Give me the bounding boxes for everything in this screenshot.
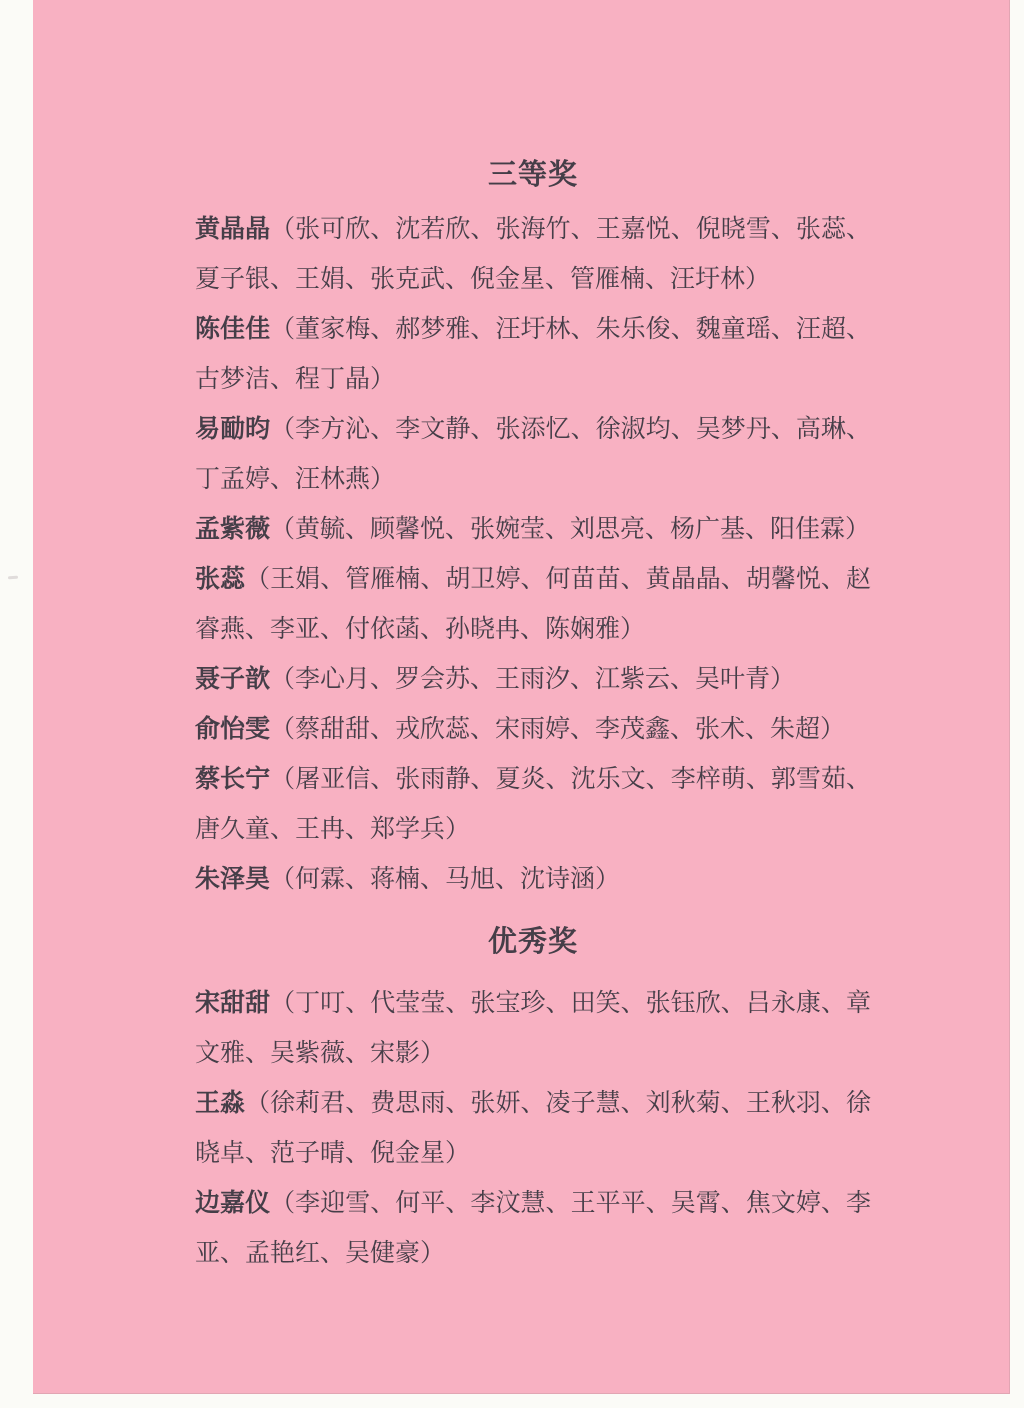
section-title: 三等奖 bbox=[195, 150, 871, 200]
pink-paper: 三等奖黄晶晶（张可欣、沈若欣、张海竹、王嘉悦、倪晓雪、张蕊、夏子银、王娟、张克武… bbox=[33, 0, 1010, 1394]
entry-leader-name: 陈佳佳 bbox=[195, 316, 270, 343]
award-entry: 宋甜甜（丁叮、代莹莹、张宝珍、田笑、张钰欣、吕永康、章文雅、吴紫薇、宋影） bbox=[195, 979, 871, 1079]
award-entry: 蔡长宁（屠亚信、张雨静、夏炎、沈乐文、李梓萌、郭雪茹、唐久童、王冉、郑学兵） bbox=[195, 755, 871, 855]
entry-member-names: （丁叮、代莹莹、张宝珍、田笑、张钰欣、吕永康、章文雅、吴紫薇、宋影） bbox=[195, 990, 871, 1067]
entry-member-names: （李心月、罗会苏、王雨汐、江紫云、吴叶青） bbox=[270, 666, 795, 693]
entry-leader-name: 易勔昀 bbox=[195, 416, 270, 443]
award-entry: 孟紫薇（黄毓、顾馨悦、张婉莹、刘思亮、杨广基、阳佳霖） bbox=[195, 505, 871, 555]
scan-artifact-dash bbox=[8, 576, 18, 580]
entry-member-names: （何霖、蒋楠、马旭、沈诗涵） bbox=[270, 866, 620, 893]
award-entry: 易勔昀（李方沁、李文静、张添忆、徐淑均、吴梦丹、高琳、丁孟婷、汪林燕） bbox=[195, 405, 871, 505]
entry-leader-name: 俞怡雯 bbox=[195, 716, 270, 743]
entry-leader-name: 蔡长宁 bbox=[195, 766, 270, 793]
award-entry: 边嘉仪（李迎雪、何平、李汶慧、王平平、吴霄、焦文婷、李亚、孟艳红、吴健豪） bbox=[195, 1179, 871, 1279]
entry-leader-name: 王淼 bbox=[195, 1090, 245, 1117]
entry-member-names: （董家梅、郝梦雅、汪圩林、朱乐俊、魏童瑶、汪超、古梦洁、程丁晶） bbox=[195, 316, 871, 393]
entry-member-names: （王娟、管雁楠、胡卫婷、何苗苗、黄晶晶、胡馨悦、赵睿燕、李亚、付依菡、孙晓冉、陈… bbox=[195, 566, 871, 643]
entry-leader-name: 孟紫薇 bbox=[195, 516, 270, 543]
entry-leader-name: 黄晶晶 bbox=[195, 216, 270, 243]
award-entry: 黄晶晶（张可欣、沈若欣、张海竹、王嘉悦、倪晓雪、张蕊、夏子银、王娟、张克武、倪金… bbox=[195, 205, 871, 305]
entry-member-names: （蔡甜甜、戎欣蕊、宋雨婷、李茂鑫、张术、朱超） bbox=[270, 716, 845, 743]
award-list: 三等奖黄晶晶（张可欣、沈若欣、张海竹、王嘉悦、倪晓雪、张蕊、夏子银、王娟、张克武… bbox=[195, 150, 871, 1279]
entry-member-names: （李方沁、李文静、张添忆、徐淑均、吴梦丹、高琳、丁孟婷、汪林燕） bbox=[195, 416, 871, 493]
entry-member-names: （张可欣、沈若欣、张海竹、王嘉悦、倪晓雪、张蕊、夏子银、王娟、张克武、倪金星、管… bbox=[195, 216, 871, 293]
entry-leader-name: 朱泽昊 bbox=[195, 866, 270, 893]
entry-member-names: （徐莉君、费思雨、张妍、凌子慧、刘秋菊、王秋羽、徐晓卓、范子晴、倪金星） bbox=[195, 1090, 871, 1167]
award-entry: 聂子歆（李心月、罗会苏、王雨汐、江紫云、吴叶青） bbox=[195, 655, 871, 705]
award-entry: 王淼（徐莉君、费思雨、张妍、凌子慧、刘秋菊、王秋羽、徐晓卓、范子晴、倪金星） bbox=[195, 1079, 871, 1179]
award-entry: 陈佳佳（董家梅、郝梦雅、汪圩林、朱乐俊、魏童瑶、汪超、古梦洁、程丁晶） bbox=[195, 305, 871, 405]
entry-member-names: （李迎雪、何平、李汶慧、王平平、吴霄、焦文婷、李亚、孟艳红、吴健豪） bbox=[195, 1190, 871, 1267]
entry-member-names: （黄毓、顾馨悦、张婉莹、刘思亮、杨广基、阳佳霖） bbox=[270, 516, 870, 543]
entry-leader-name: 聂子歆 bbox=[195, 666, 270, 693]
entry-leader-name: 张蕊 bbox=[195, 566, 245, 593]
entry-leader-name: 宋甜甜 bbox=[195, 990, 270, 1017]
section-title: 优秀奖 bbox=[195, 917, 871, 967]
entry-member-names: （屠亚信、张雨静、夏炎、沈乐文、李梓萌、郭雪茹、唐久童、王冉、郑学兵） bbox=[195, 766, 871, 843]
award-entry: 朱泽昊（何霖、蒋楠、马旭、沈诗涵） bbox=[195, 855, 871, 905]
award-entry: 张蕊（王娟、管雁楠、胡卫婷、何苗苗、黄晶晶、胡馨悦、赵睿燕、李亚、付依菡、孙晓冉… bbox=[195, 555, 871, 655]
entry-leader-name: 边嘉仪 bbox=[195, 1190, 270, 1217]
award-entry: 俞怡雯（蔡甜甜、戎欣蕊、宋雨婷、李茂鑫、张术、朱超） bbox=[195, 705, 871, 755]
